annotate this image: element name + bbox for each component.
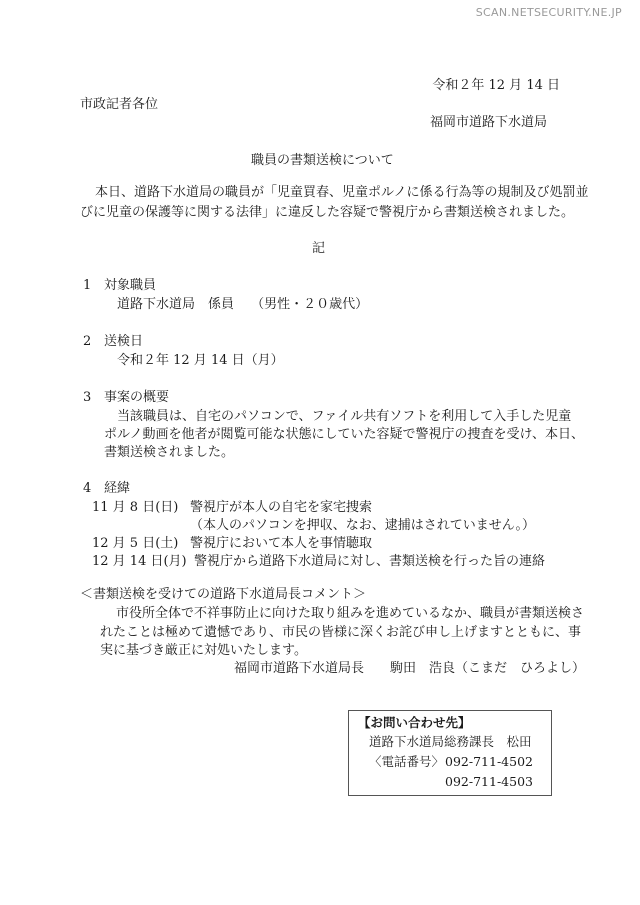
document-title: 職員の書類送検について xyxy=(251,152,394,170)
timeline-date: 12 月 5 日(土) xyxy=(92,535,178,553)
intro-line-2: びに児童の保護等に関する法律」に違反した容疑で警視庁から書類送検されました。 xyxy=(80,204,574,222)
issuer: 福岡市道路下水道局 xyxy=(430,114,547,132)
section-heading: 送検日 xyxy=(104,333,143,351)
phone-number: 092-711-4503 xyxy=(445,773,533,791)
section-number: 4 xyxy=(83,480,91,498)
document-date: 令和２年 12 月 14 日 xyxy=(432,77,560,95)
timeline-event-note: （本人のパソコンを押収、なお、逮捕はされていません。） xyxy=(190,517,535,535)
timeline-event: 警視庁から道路下水道局に対し、書類送検を行った旨の連絡 xyxy=(194,553,545,571)
comment-line: れたことは極めて遺憾であり、市民の皆様に深くお詫び申し上げますとともに、事 xyxy=(100,624,581,642)
comment-line: 実に基づき厳正に対処いたします。 xyxy=(100,642,307,660)
comment-heading: ＜書類送検を受けての道路下水道局長コメント＞ xyxy=(80,586,366,604)
contact-person: 道路下水道局総務課長 松田 xyxy=(369,733,532,751)
timeline-date: 11 月 8 日(日) xyxy=(92,499,178,517)
timeline-event: 警視庁において本人を事情聴取 xyxy=(190,535,372,553)
intro-line-1: 本日、道路下水道局の職員が「児童買春、児童ポルノに係る行為等の規制及び処罰並 xyxy=(95,184,588,202)
comment-signature: 福岡市道路下水道局長 駒田 浩良（こまだ ひろよし） xyxy=(234,660,585,678)
section-body-line: 道路下水道局 係員 （男性・２０歳代） xyxy=(117,296,368,314)
comment-line: 市役所全体で不祥事防止に向けた取り組みを進めているなか、職員が書類送検さ xyxy=(116,605,584,623)
watermark: SCAN.NETSECURITY.NE.JP xyxy=(476,4,622,22)
section-number: 2 xyxy=(83,333,91,351)
section-body-line: 当該職員は、自宅のパソコンで、ファイル共有ソフトを利用して入手した児童 xyxy=(117,408,571,426)
section-number: 1 xyxy=(83,277,91,295)
ki-marker: 記 xyxy=(312,240,325,258)
phone-number: 092-711-4502 xyxy=(445,753,533,771)
timeline-date: 12 月 14 日(月) xyxy=(92,553,187,571)
section-number: 3 xyxy=(83,389,91,407)
contact-heading: 【お問い合わせ先】 xyxy=(358,714,471,732)
phone-label: 〈電話番号〉 xyxy=(369,753,444,771)
addressee: 市政記者各位 xyxy=(80,96,158,114)
section-body-line: 書類送検されました。 xyxy=(104,444,234,462)
section-body-line: ポルノ動画を他者が閲覧可能な状態にしていた容疑で警視庁の捜査を受け、本日、 xyxy=(104,426,584,444)
section-heading: 事案の概要 xyxy=(104,389,169,407)
contact-box: 【お問い合わせ先】 道路下水道局総務課長 松田 〈電話番号〉 092-711-4… xyxy=(348,710,552,796)
section-body-line: 令和２年 12 月 14 日（月） xyxy=(117,352,284,370)
section-heading: 対象職員 xyxy=(104,277,156,295)
timeline-event: 警視庁が本人の自宅を家宅捜索 xyxy=(190,499,372,517)
section-heading: 経緯 xyxy=(104,480,130,498)
